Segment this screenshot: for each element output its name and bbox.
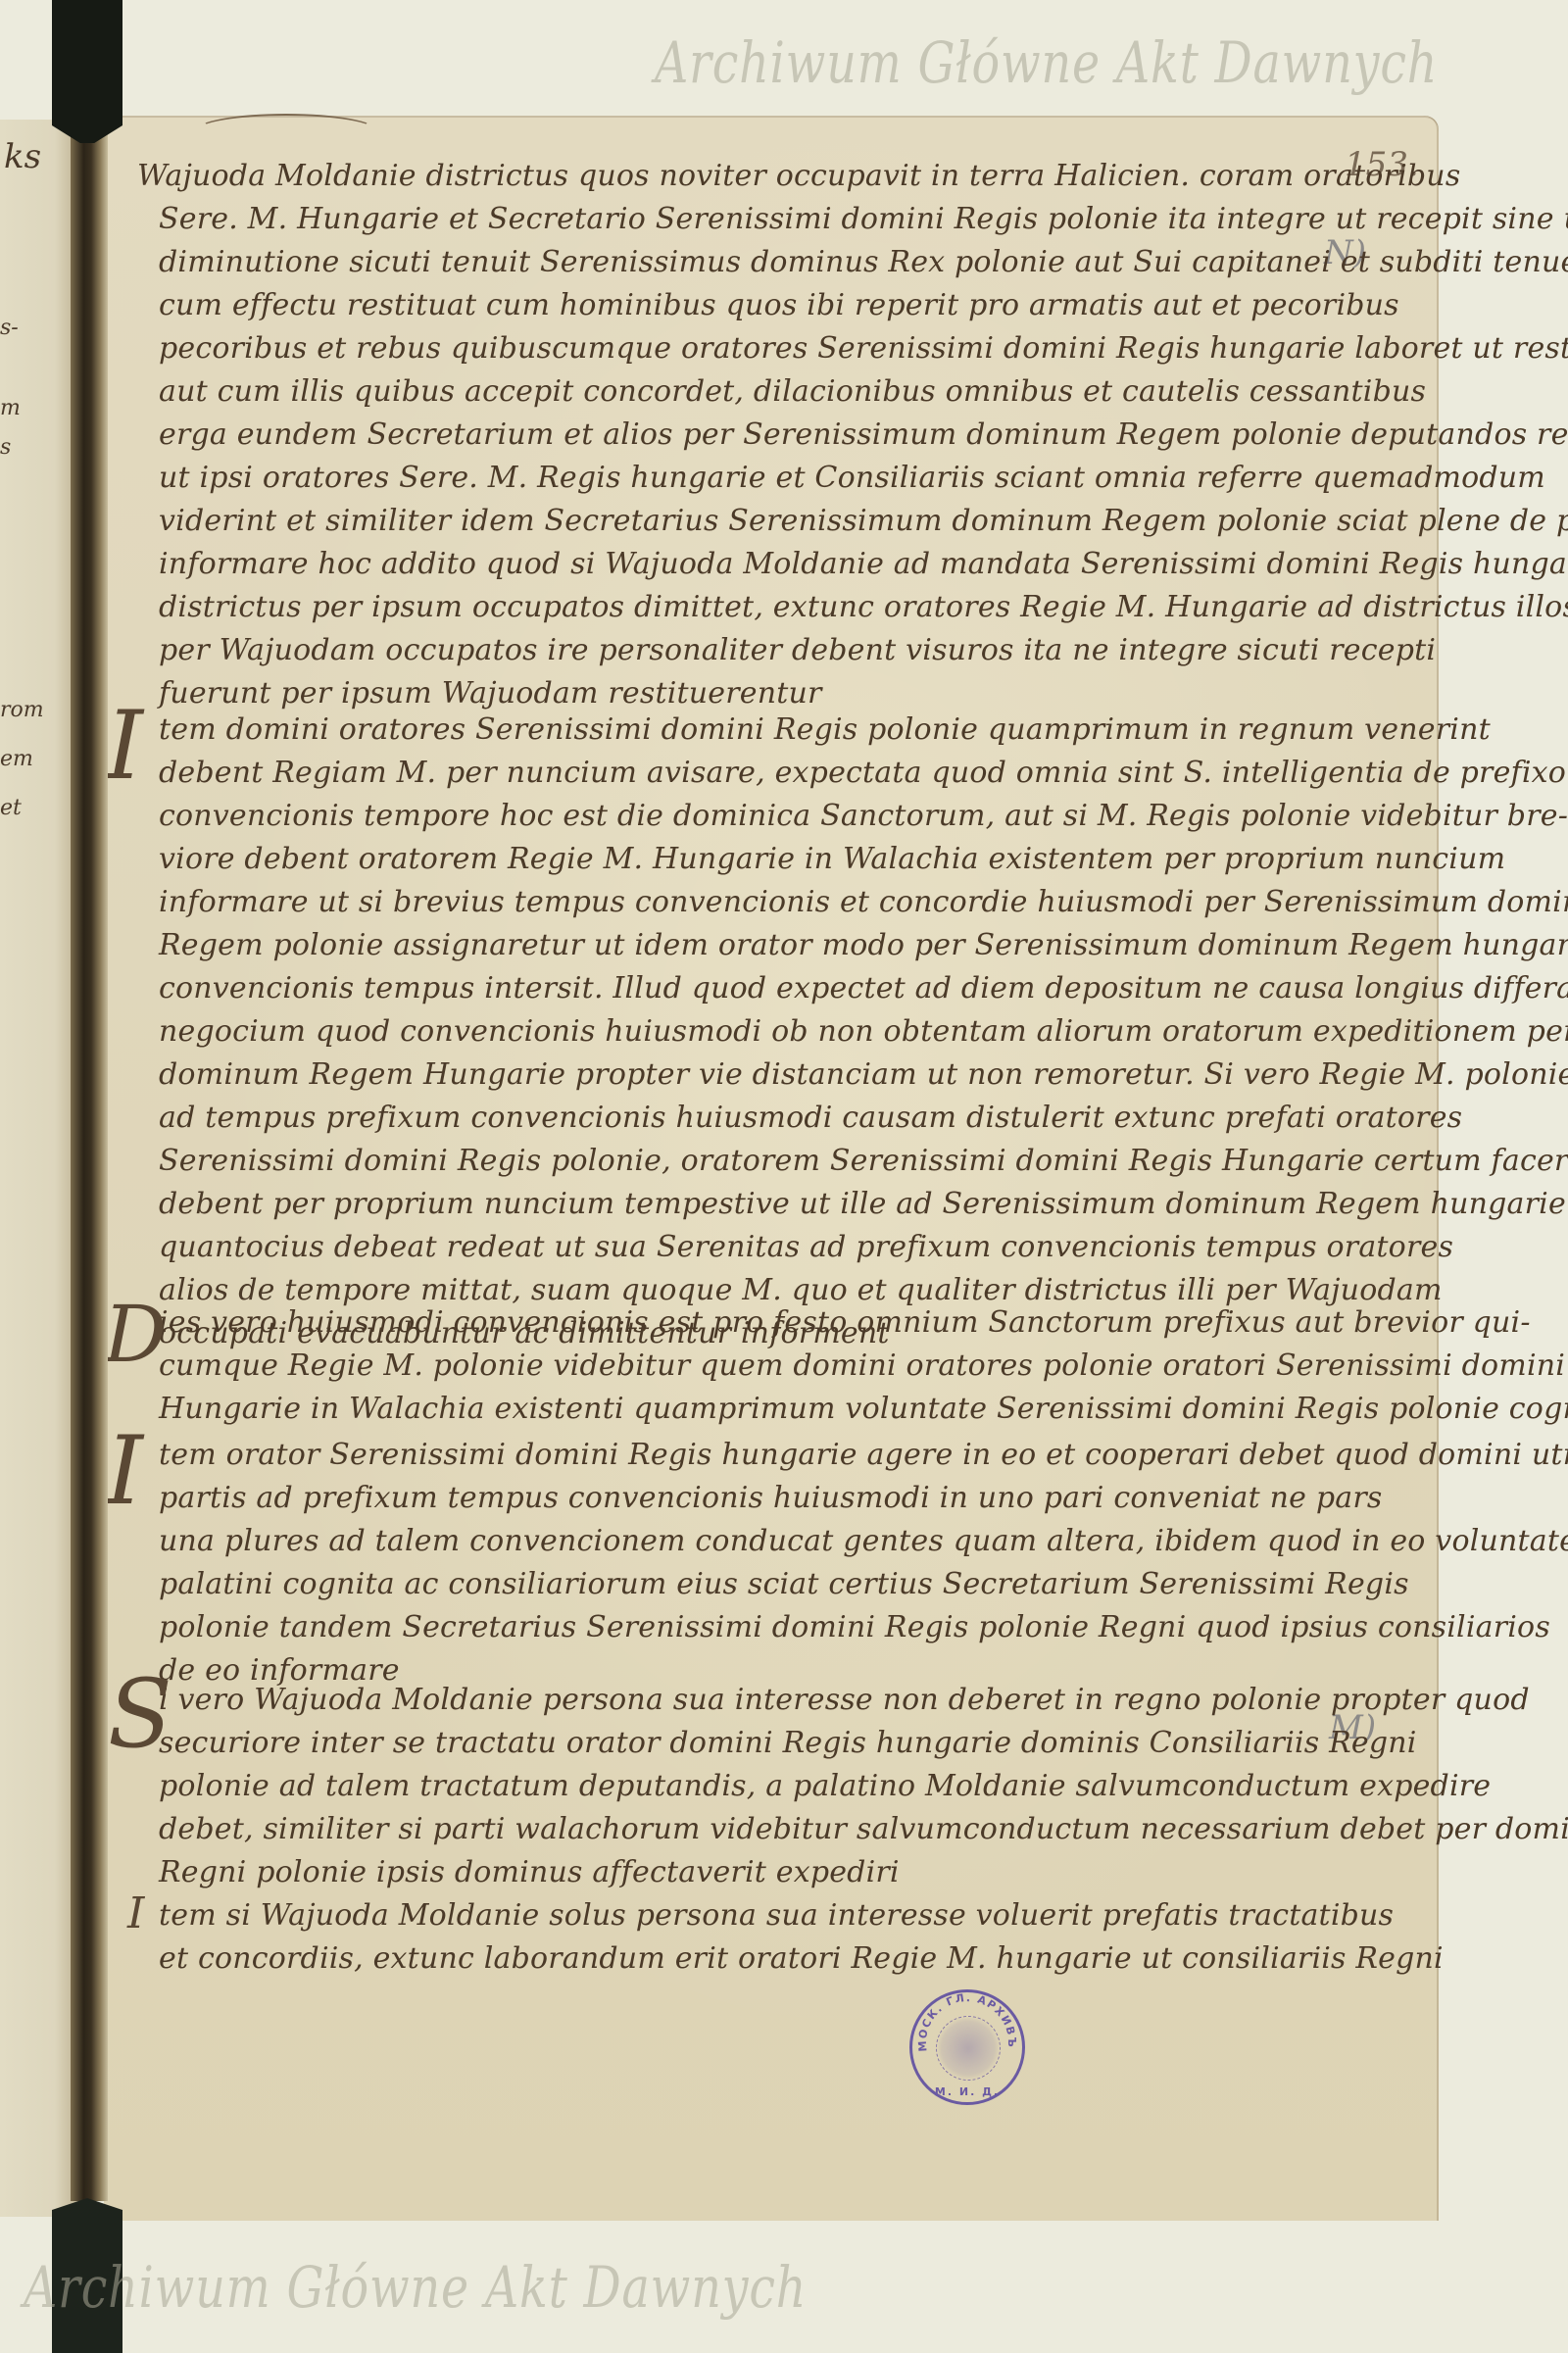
left-page-fragment: em bbox=[0, 747, 33, 771]
text-line: cum effectu restituat cum hominibus quos… bbox=[137, 284, 1343, 327]
text-line: diminutione sicuti tenuit Serenissimus d… bbox=[137, 241, 1343, 284]
watermark-bottom: Archiwum Główne Akt Dawnych bbox=[24, 2254, 807, 2321]
text-line: debet, similiter si parti walachorum vid… bbox=[137, 1808, 1343, 1851]
text-line: polonie tandem Secretarius Serenissimi d… bbox=[137, 1606, 1343, 1649]
paragraph: I tem orator Serenissimi domini Regis hu… bbox=[137, 1434, 1343, 1692]
manuscript-page: 153. N) M) Wajuoda Moldanie districtus q… bbox=[104, 116, 1439, 2221]
text-line: i vero Wajuoda Moldanie persona sua inte… bbox=[137, 1679, 1343, 1722]
text-line: erga eundem Secretarium et alios per Ser… bbox=[137, 414, 1343, 457]
text-line: Regem polonie assignaretur ut idem orato… bbox=[137, 924, 1343, 967]
text-line: tem si Wajuoda Moldanie solus persona su… bbox=[137, 1894, 1343, 1937]
text-line: debent per proprium nuncium tempestive u… bbox=[137, 1183, 1343, 1226]
text-line: debent Regiam M. per nuncium avisare, ex… bbox=[137, 752, 1343, 795]
text-line: quantocius debeat redeat ut sua Serenita… bbox=[137, 1226, 1343, 1269]
binding-gutter bbox=[71, 123, 108, 2201]
text-line: Sere. M. Hungarie et Secretario Sereniss… bbox=[137, 198, 1343, 241]
text-line: pecoribus et rebus quibuscumque oratores… bbox=[137, 327, 1343, 370]
left-page-fragment: s bbox=[0, 435, 11, 460]
text-line: ad tempus prefixum convencionis huiusmod… bbox=[137, 1097, 1343, 1140]
left-page-fragment: m bbox=[0, 396, 21, 420]
text-line: aut cum illis quibus accepit concordet, … bbox=[137, 370, 1343, 414]
initial-letter: I bbox=[106, 699, 143, 793]
decorative-flourish bbox=[196, 114, 376, 147]
archive-stamp: МОСК. ГЛ. АРХИВЪ М. И. Д. bbox=[909, 1989, 1025, 2105]
text-line: districtus per ipsum occupatos dimittet,… bbox=[137, 586, 1343, 629]
paragraph: D ies vero huiusmodi convencionis est pr… bbox=[137, 1301, 1343, 1431]
paragraph: Wajuoda Moldanie districtus quos noviter… bbox=[137, 155, 1343, 715]
initial-letter: I bbox=[127, 1892, 144, 1936]
left-page-edge: ks s- m s rom em et bbox=[0, 120, 78, 2217]
text-line: informare hoc addito quod si Wajuoda Mol… bbox=[137, 543, 1343, 586]
text-line: polonie ad talem tractatum deputandis, a… bbox=[137, 1765, 1343, 1808]
initial-letter: S bbox=[108, 1667, 172, 1761]
text-line: viderint et similiter idem Secretarius S… bbox=[137, 500, 1343, 543]
text-line: convencionis tempus intersit. Illud quod… bbox=[137, 967, 1343, 1010]
text-line: tem orator Serenissimi domini Regis hung… bbox=[137, 1434, 1343, 1477]
initial-letter: I bbox=[106, 1424, 143, 1518]
left-page-fragment: et bbox=[0, 796, 22, 820]
paragraph: I tem si Wajuoda Moldanie solus persona … bbox=[137, 1894, 1343, 1981]
text-line: securiore inter se tractatu orator domin… bbox=[137, 1722, 1343, 1765]
text-line: Wajuoda Moldanie districtus quos noviter… bbox=[137, 155, 1343, 198]
text-line: convencionis tempore hoc est die dominic… bbox=[137, 795, 1343, 838]
text-line: ies vero huiusmodi convencionis est pro … bbox=[137, 1301, 1343, 1345]
text-line: tem domini oratores Serenissimi domini R… bbox=[137, 709, 1343, 752]
text-line: negocium quod convencionis huiusmodi ob … bbox=[137, 1010, 1343, 1054]
binding-ribbon-top bbox=[52, 0, 122, 125]
text-line: ut ipsi oratores Sere. M. Regis hungarie… bbox=[137, 457, 1343, 500]
text-line: Hungarie in Walachia existenti quamprimu… bbox=[137, 1388, 1343, 1431]
text-line: informare ut si brevius tempus convencio… bbox=[137, 881, 1343, 924]
left-page-fragment: s- bbox=[0, 316, 19, 340]
paragraph: I tem domini oratores Serenissimi domini… bbox=[137, 709, 1343, 1355]
left-page-fragment: ks bbox=[4, 137, 41, 176]
initial-letter: D bbox=[104, 1296, 167, 1374]
left-page-fragment: rom bbox=[0, 698, 44, 722]
text-line: cumque Regie M. polonie videbitur quem d… bbox=[137, 1345, 1343, 1388]
stamp-bottom-text: М. И. Д. bbox=[912, 2085, 1022, 2098]
svg-text:МОСК. ГЛ. АРХИВЪ: МОСК. ГЛ. АРХИВЪ bbox=[916, 1992, 1018, 2052]
text-line: una plures ad talem convencionem conduca… bbox=[137, 1520, 1343, 1563]
watermark-top: Archiwum Główne Akt Dawnych bbox=[655, 29, 1438, 96]
text-line: partis ad prefixum tempus convencionis h… bbox=[137, 1477, 1343, 1520]
paragraph: S i vero Wajuoda Moldanie persona sua in… bbox=[137, 1679, 1343, 1894]
text-line: et concordiis, extunc laborandum erit or… bbox=[137, 1937, 1343, 1981]
text-line: viore debent oratorem Regie M. Hungarie … bbox=[137, 838, 1343, 881]
text-line: palatini cognita ac consiliariorum eius … bbox=[137, 1563, 1343, 1606]
text-line: per Wajuodam occupatos ire personaliter … bbox=[137, 629, 1343, 672]
text-line: Serenissimi domini Regis polonie, orator… bbox=[137, 1140, 1343, 1183]
text-line: dominum Regem Hungarie propter vie dista… bbox=[137, 1054, 1343, 1097]
text-line: Regni polonie ipsis dominus affectaverit… bbox=[137, 1851, 1343, 1894]
